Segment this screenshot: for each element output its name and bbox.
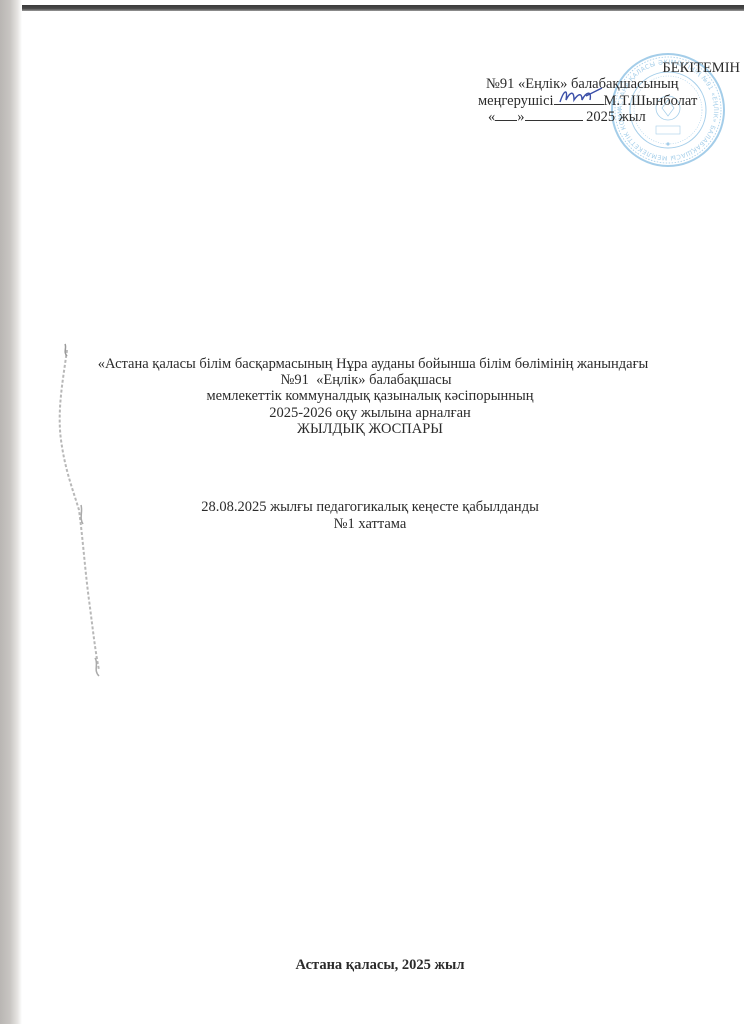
- council-adoption: 28.08.2025 жылғы педагогикалық кеңесте қ…: [150, 499, 590, 532]
- position-label: меңгерушісі: [478, 93, 554, 109]
- title-line-plan: ЖЫЛДЫҚ ЖОСПАРЫ: [90, 421, 650, 437]
- approval-director-line: меңгерушісіМ.Т.Шынболат: [478, 92, 697, 109]
- title-line-organization: «Астана қаласы білім басқармасының Нұра …: [96, 356, 650, 372]
- approval-heading: БЕКІТЕМІН: [480, 60, 740, 76]
- day-blank: [495, 108, 517, 121]
- month-blank: [525, 108, 583, 121]
- document-title: «Астана қаласы білім басқармасының Нұра …: [90, 356, 650, 437]
- council-protocol-line: №1 хаттама: [150, 516, 590, 533]
- title-line-kindergarten: №91 «Еңлік» балабақшасы: [82, 372, 650, 388]
- council-adopted-line: 28.08.2025 жылғы педагогикалық кеңесте қ…: [150, 499, 590, 516]
- title-line-enterprise: мемлекеттік коммуналдық қазыналық кәсіпо…: [90, 388, 650, 404]
- scan-left-shadow: [0, 0, 22, 1024]
- footer-city-year: Астана қаласы, 2025 жыл: [230, 957, 530, 974]
- director-name: М.Т.Шынболат: [604, 93, 698, 109]
- signature-icon: [556, 86, 604, 106]
- title-line-academic-year: 2025-2026 оқу жылына арналған: [90, 405, 650, 421]
- approval-date-line: «» 2025 жыл: [488, 108, 646, 125]
- approval-year: 2025 жыл: [586, 109, 646, 125]
- signature-field: [554, 92, 604, 105]
- approval-block: БЕКІТЕМІН №91 «Еңлік» балабақшасының мең…: [480, 60, 740, 76]
